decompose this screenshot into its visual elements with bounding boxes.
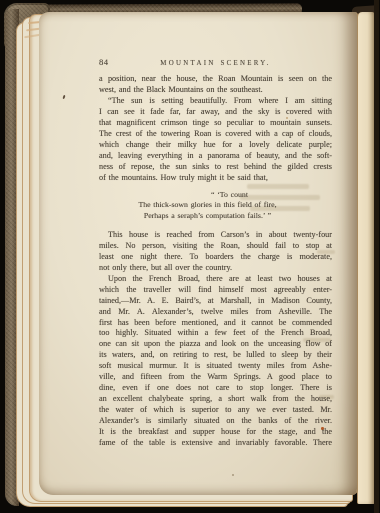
text-line: I can see it fade far, far away, and the… xyxy=(99,107,332,118)
text-line: a position, near the house, the Roan Mou… xyxy=(99,74,332,85)
running-head: MOUNTAIN SCENERY. xyxy=(99,59,332,70)
text-line: The crest of the towering Roan is covere… xyxy=(99,129,332,140)
verse-line: “ ‘To count xyxy=(113,190,346,201)
text-line: and, leaving everything in a panorama of… xyxy=(99,151,332,162)
text-line: one can sit upon the piazza and look on … xyxy=(99,339,332,350)
text-line: its waters, and, on retiring to rest, be… xyxy=(99,350,332,361)
text-line: an excellent chalybeate spring, a short … xyxy=(99,394,332,405)
text-line: soft musical murmur. It is situated twen… xyxy=(99,361,332,372)
text-line: It is the breakfast and supper house for… xyxy=(99,427,332,438)
text-line: first has been before mentioned, and it … xyxy=(99,318,332,329)
text-line: the water of which is superior to any we… xyxy=(99,405,332,416)
facing-page-fore-edge xyxy=(357,12,375,504)
text-line: least one night there. To boarders the c… xyxy=(99,252,332,263)
text-line: miles. No person, visiting the Roan, sho… xyxy=(99,241,332,252)
text-line: dine, even if one does not care to stop … xyxy=(99,383,332,394)
book-photo: 84 MOUNTAIN SCENERY. a position, near th… xyxy=(0,0,380,513)
printed-text: 84 MOUNTAIN SCENERY. a position, near th… xyxy=(99,56,332,449)
verse-line: Perhaps a seraph’s computation fails.’ ” xyxy=(91,211,324,222)
text-line: not only there, but all over the country… xyxy=(99,263,332,274)
text-line: This house is reached from Carson’s in a… xyxy=(99,230,332,241)
page-header: 84 MOUNTAIN SCENERY. xyxy=(99,56,332,74)
text-line: fame of the table is extensive and invar… xyxy=(99,438,332,449)
text-line: west, and the Black Mountains on the sou… xyxy=(99,85,332,96)
text-line: which the traveller will find himself mo… xyxy=(99,285,332,296)
text-line: that magnificent crimson tinge so peculi… xyxy=(99,118,332,129)
verse-quote: “ ‘To countThe thick-sown glories in thi… xyxy=(99,190,332,223)
text-line: and Mr. A. Alexander’s, twelve miles fro… xyxy=(99,307,332,318)
text-line: Upon the French Broad, there are at leas… xyxy=(99,274,332,285)
dust-speck xyxy=(232,474,234,476)
text-line: “The sun is setting beautifully. From wh… xyxy=(99,96,332,107)
text-line: Alexander’s is similarly situated on the… xyxy=(99,416,332,427)
text-line: tained,—Mr. A. E. Baird’s, at Marshall, … xyxy=(99,296,332,307)
book-board-edge xyxy=(374,0,379,513)
text-line: which change their milky hue for a lovel… xyxy=(99,140,332,151)
text-line: ness of repose, the sun sinks to rest be… xyxy=(99,162,332,173)
text-line: ville, and fifteen from the Warm Springs… xyxy=(99,372,332,383)
text-line: too highly. Situated within a few feet o… xyxy=(99,328,332,339)
verse-line: The thick-sown glories in this field of … xyxy=(91,200,324,211)
body-text: a position, near the house, the Roan Mou… xyxy=(99,74,332,449)
text-line: of the mountains. How truly might it be … xyxy=(99,173,332,184)
